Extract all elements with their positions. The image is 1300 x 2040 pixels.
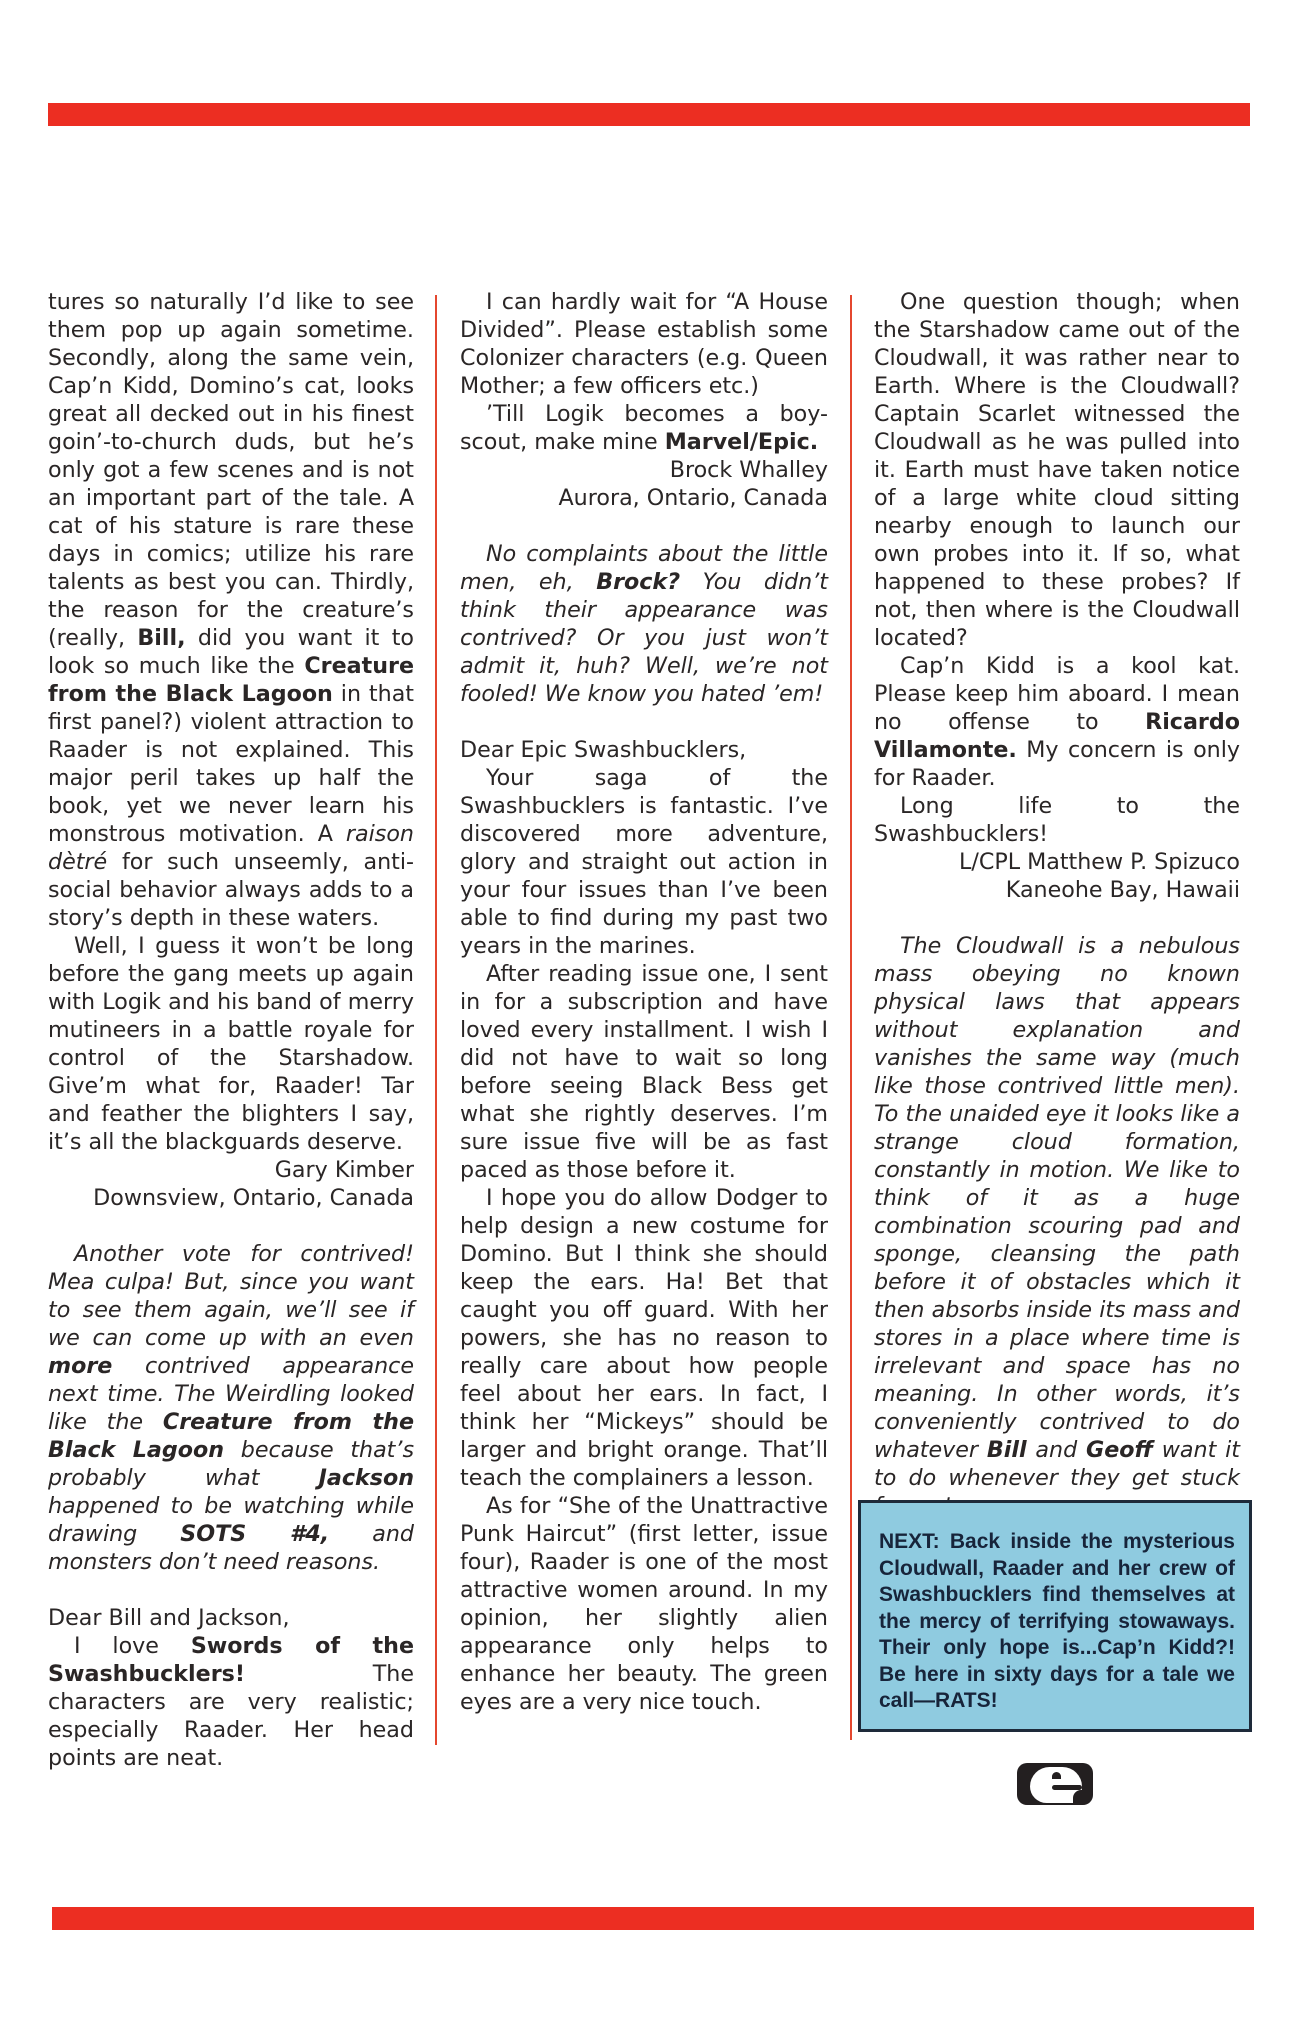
paragraph-text: tures so naturally I’d like to see them … bbox=[48, 289, 414, 651]
response-text: Another vote for contrived! Mea culpa! B… bbox=[48, 1241, 414, 1351]
top-red-bar bbox=[48, 103, 1250, 126]
logo-e-notch bbox=[1073, 1790, 1087, 1804]
paragraph-text: I love bbox=[74, 1633, 191, 1659]
signature-location: Aurora, Ontario, Canada bbox=[460, 484, 828, 512]
bold-name-jackson: Jackson bbox=[319, 1465, 414, 1491]
letter-paragraph: tures so naturally I’d like to see them … bbox=[48, 288, 414, 932]
signature-name: Gary Kimber bbox=[48, 1156, 414, 1184]
next-issue-text: NEXT: Back inside the mysterious Cloudwa… bbox=[879, 1529, 1235, 1715]
logo-e-crossbar bbox=[1052, 1785, 1082, 1790]
letter-paragraph: Long life to the Swashbucklers! bbox=[874, 792, 1240, 848]
letter-salutation: Dear Bill and Jackson, bbox=[48, 1604, 414, 1632]
next-issue-box: NEXT: Back inside the mysterious Cloudwa… bbox=[858, 1500, 1252, 1732]
epic-e-logo-icon bbox=[1017, 1763, 1093, 1805]
bold-word: more bbox=[48, 1353, 112, 1379]
letter-paragraph: As for “She of the Unattractive Punk Hai… bbox=[460, 1492, 828, 1716]
bold-name-bill: Bill bbox=[987, 1437, 1027, 1463]
editor-response: Another vote for contrived! Mea culpa! B… bbox=[48, 1240, 414, 1576]
bold-name-brock: Brock? bbox=[596, 569, 680, 595]
bold-name-geoff: Geoff bbox=[1086, 1437, 1153, 1463]
bold-name-bill: Bill, bbox=[137, 625, 185, 651]
signature-location: Downsview, Ontario, Canada bbox=[48, 1184, 414, 1212]
letters-column-3: One question though; when the Starshadow… bbox=[874, 288, 1240, 1520]
response-text: and bbox=[1027, 1437, 1086, 1463]
editor-response: No complaints about the little men, eh, … bbox=[460, 540, 828, 708]
letters-column-2: I can hardly wait for “A House Divided”.… bbox=[460, 288, 828, 1716]
letter-paragraph: Your saga of the Swashbucklers is fantas… bbox=[460, 764, 828, 960]
column-divider-right bbox=[850, 295, 852, 1740]
letter-paragraph: I can hardly wait for “A House Divided”.… bbox=[460, 288, 828, 400]
signature-name: L/CPL Matthew P. Spizuco bbox=[874, 848, 1240, 876]
bold-title-sots: SOTS #4, bbox=[180, 1521, 329, 1547]
letter-paragraph: I love Swords of the Swashbucklers! The … bbox=[48, 1632, 414, 1772]
signature-location: Kaneohe Bay, Hawaii bbox=[874, 876, 1240, 904]
bold-brand: Marvel/Epic. bbox=[665, 429, 818, 455]
letter-paragraph: Well, I guess it won’t be long before th… bbox=[48, 932, 414, 1156]
bottom-red-bar bbox=[52, 1907, 1254, 1930]
letter-paragraph: One question though; when the Starshadow… bbox=[874, 288, 1240, 652]
response-text: The Cloudwall is a nebulous mass obeying… bbox=[874, 933, 1240, 1463]
letter-paragraph: ’Till Logik becomes a boy-scout, make mi… bbox=[460, 400, 828, 456]
letter-salutation: Dear Epic Swashbucklers, bbox=[460, 736, 828, 764]
letter-paragraph: After reading issue one, I sent in for a… bbox=[460, 960, 828, 1184]
letter-paragraph: Cap’n Kidd is a kool kat. Please keep hi… bbox=[874, 652, 1240, 792]
editor-response: The Cloudwall is a nebulous mass obeying… bbox=[874, 932, 1240, 1520]
logo-e-dot bbox=[1052, 1772, 1061, 1779]
letters-column-1: tures so naturally I’d like to see them … bbox=[48, 288, 414, 1772]
signature-name: Brock Whalley bbox=[460, 456, 828, 484]
column-divider-left bbox=[435, 295, 437, 1745]
letter-paragraph: I hope you do allow Dodger to help desig… bbox=[460, 1184, 828, 1492]
